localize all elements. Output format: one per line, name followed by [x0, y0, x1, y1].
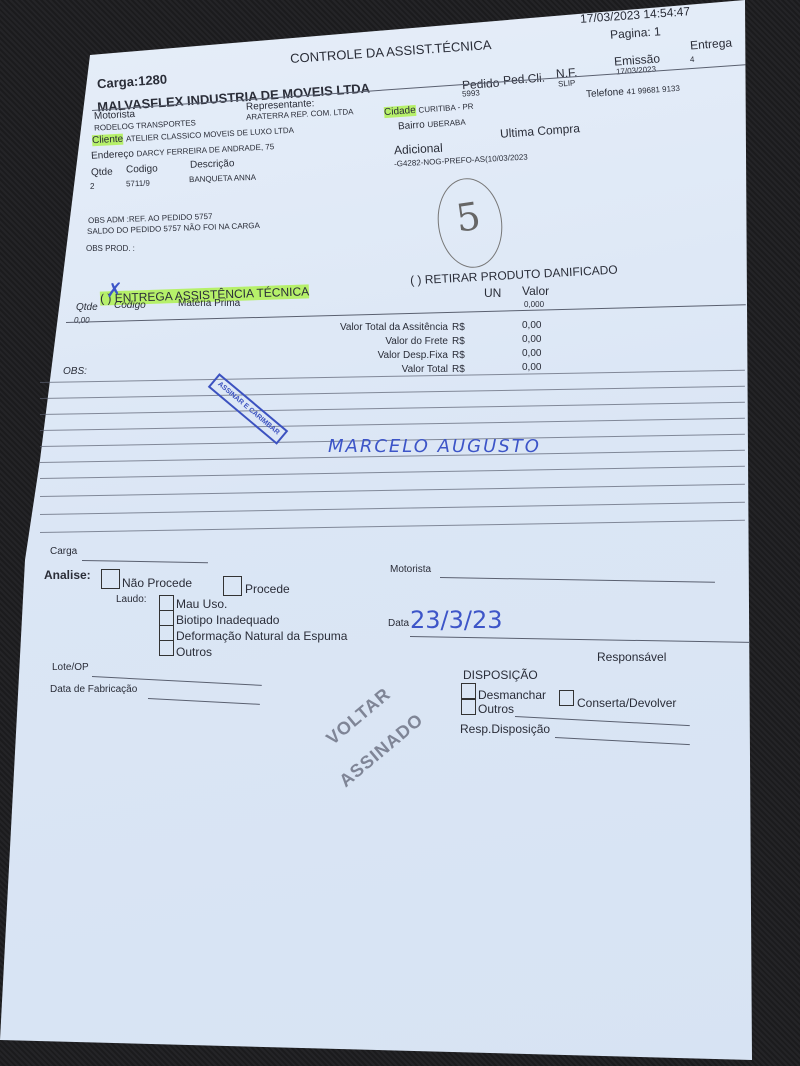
conserta-devolver-label: Conserta/Devolver	[577, 696, 676, 710]
laudo-checkbox[interactable]	[159, 640, 174, 656]
motorista-sign-label: Motorista	[390, 564, 431, 575]
data-fabricacao-line	[148, 698, 260, 705]
handwritten-signature: MARCELO AUGUSTO	[328, 436, 541, 457]
divider	[66, 304, 746, 323]
laudo-option-label: Outros	[176, 645, 212, 659]
data-fabricacao-label: Data de Fabricação	[50, 684, 137, 695]
obs-prod: OBS PROD. :	[86, 244, 135, 253]
procede-checkbox[interactable]	[223, 576, 242, 596]
telefone-value: 41 99681 9133	[626, 84, 680, 97]
analise-label: Analise:	[44, 568, 91, 582]
total-label: Valor Total da Assitência	[340, 322, 448, 333]
ultima-compra-label: Ultima Compra	[500, 121, 581, 141]
ruled-line	[40, 520, 745, 533]
nf-value: SLIP	[558, 78, 576, 88]
laudo-option-label: Deformação Natural da Espuma	[176, 629, 347, 643]
motorista-sign-line	[440, 577, 715, 583]
col-mp-qtde: Qtde	[76, 302, 98, 313]
desmanchar-label: Desmanchar	[478, 688, 546, 702]
telefone-label: Telefone	[586, 87, 624, 101]
retirar-produto-option[interactable]: ( ) RETIRAR PRODUTO DANIFICADO	[410, 263, 618, 288]
print-timestamp: 17/03/2023 14:54:47	[580, 4, 691, 26]
resp-disposicao-line	[555, 737, 690, 745]
col-mp-codigo: Codigo	[114, 300, 146, 311]
total-value: 0,00	[522, 348, 541, 359]
cliente-label: Cliente	[92, 134, 124, 147]
col-qtde: Qtde	[91, 167, 113, 179]
endereco-label: Endereço	[91, 149, 134, 162]
responsavel-label: Responsável	[597, 650, 666, 664]
total-currency: R$	[452, 350, 465, 361]
col-valor: Valor	[522, 284, 549, 298]
laudo-option-label: Mau Uso.	[176, 597, 227, 611]
total-value: 0,00	[522, 334, 541, 345]
col-codigo: Codigo	[126, 163, 158, 175]
outros-disposicao-label: Outros	[478, 702, 514, 716]
item-codigo: 5711/9	[126, 179, 150, 189]
motorista-label: Motorista	[94, 109, 136, 122]
cidade-value: CURITIBA - PR	[418, 102, 474, 115]
item-descricao: BANQUETA ANNA	[189, 173, 256, 184]
endereco-value: DARCY FERREIRA DE ANDRADE, 75	[136, 142, 274, 158]
circled-number-value: 5	[453, 194, 483, 241]
entrega-label: Entrega	[690, 36, 733, 53]
ruled-line	[40, 370, 745, 383]
outros-disposicao-checkbox[interactable]	[461, 699, 476, 715]
cidade-field: Cidade CURITIBA - PR	[384, 101, 474, 118]
bairro-value: UBERABA	[427, 118, 466, 130]
document: 17/03/2023 14:54:47 Pagina: 1 CONTROLE D…	[0, 0, 800, 1066]
carga-number: Carga:1280	[97, 72, 168, 92]
item-qtde: 2	[90, 182, 94, 191]
total-label: Valor Desp.Fixa	[378, 350, 448, 361]
nao-procede-label: Não Procede	[122, 576, 192, 590]
total-value: 0,00	[522, 320, 541, 331]
lote-op-label: Lote/OP	[52, 662, 89, 673]
telefone-field: Telefone 41 99681 9133	[586, 83, 681, 101]
nao-procede-checkbox[interactable]	[101, 569, 120, 589]
ruled-line	[40, 466, 745, 479]
laudo-checkbox[interactable]	[159, 610, 174, 626]
pedido-value: 5993	[462, 88, 480, 98]
col-materia-prima: Matéria Prima	[178, 298, 240, 309]
total-label: Valor do Frete	[385, 336, 448, 347]
total-value: 0,00	[522, 362, 541, 373]
bairro-field: Bairro UBERABA	[398, 117, 466, 133]
document-title: CONTROLE DA ASSIST.TÉCNICA	[290, 37, 492, 66]
col-un: UN	[484, 286, 501, 300]
mp-valor-value: 0,000	[524, 300, 544, 309]
total-currency: R$	[452, 336, 465, 347]
conserta-devolver-checkbox[interactable]	[559, 690, 574, 706]
laudo-label: Laudo:	[116, 594, 147, 605]
laudo-checkbox[interactable]	[159, 625, 174, 641]
total-currency: R$	[452, 364, 465, 375]
laudo-option-label: Biotipo Inadequado	[176, 613, 279, 627]
data-label: Data	[388, 618, 409, 629]
circled-number: 5	[432, 174, 508, 272]
ruled-line	[40, 386, 745, 399]
carga-sign-label: Carga	[50, 546, 77, 557]
disposicao-label: DISPOSIÇÃO	[463, 668, 538, 682]
bairro-label: Bairro	[398, 120, 425, 133]
total-currency: R$	[452, 322, 465, 333]
adicional-label: Adicional	[394, 141, 443, 158]
resp-disposicao-label: Resp.Disposição	[460, 722, 550, 736]
procede-label: Procede	[245, 582, 290, 596]
ruled-line	[40, 502, 745, 515]
total-label: Valor Total	[402, 364, 448, 375]
ruled-line	[40, 484, 745, 497]
ruled-line	[40, 418, 745, 431]
data-handwritten: 23/3/23	[410, 606, 503, 634]
carga-sign-line	[82, 560, 208, 563]
laudo-checkbox[interactable]	[159, 595, 174, 611]
entrega-value: 4	[690, 55, 695, 64]
data-line	[410, 636, 750, 643]
col-descricao: Descrição	[190, 158, 235, 171]
page-number: Pagina: 1	[610, 24, 662, 42]
cidade-label: Cidade	[384, 105, 416, 118]
obs-label: OBS:	[63, 366, 87, 377]
desmanchar-checkbox[interactable]	[461, 683, 476, 699]
ruled-line	[40, 402, 745, 415]
